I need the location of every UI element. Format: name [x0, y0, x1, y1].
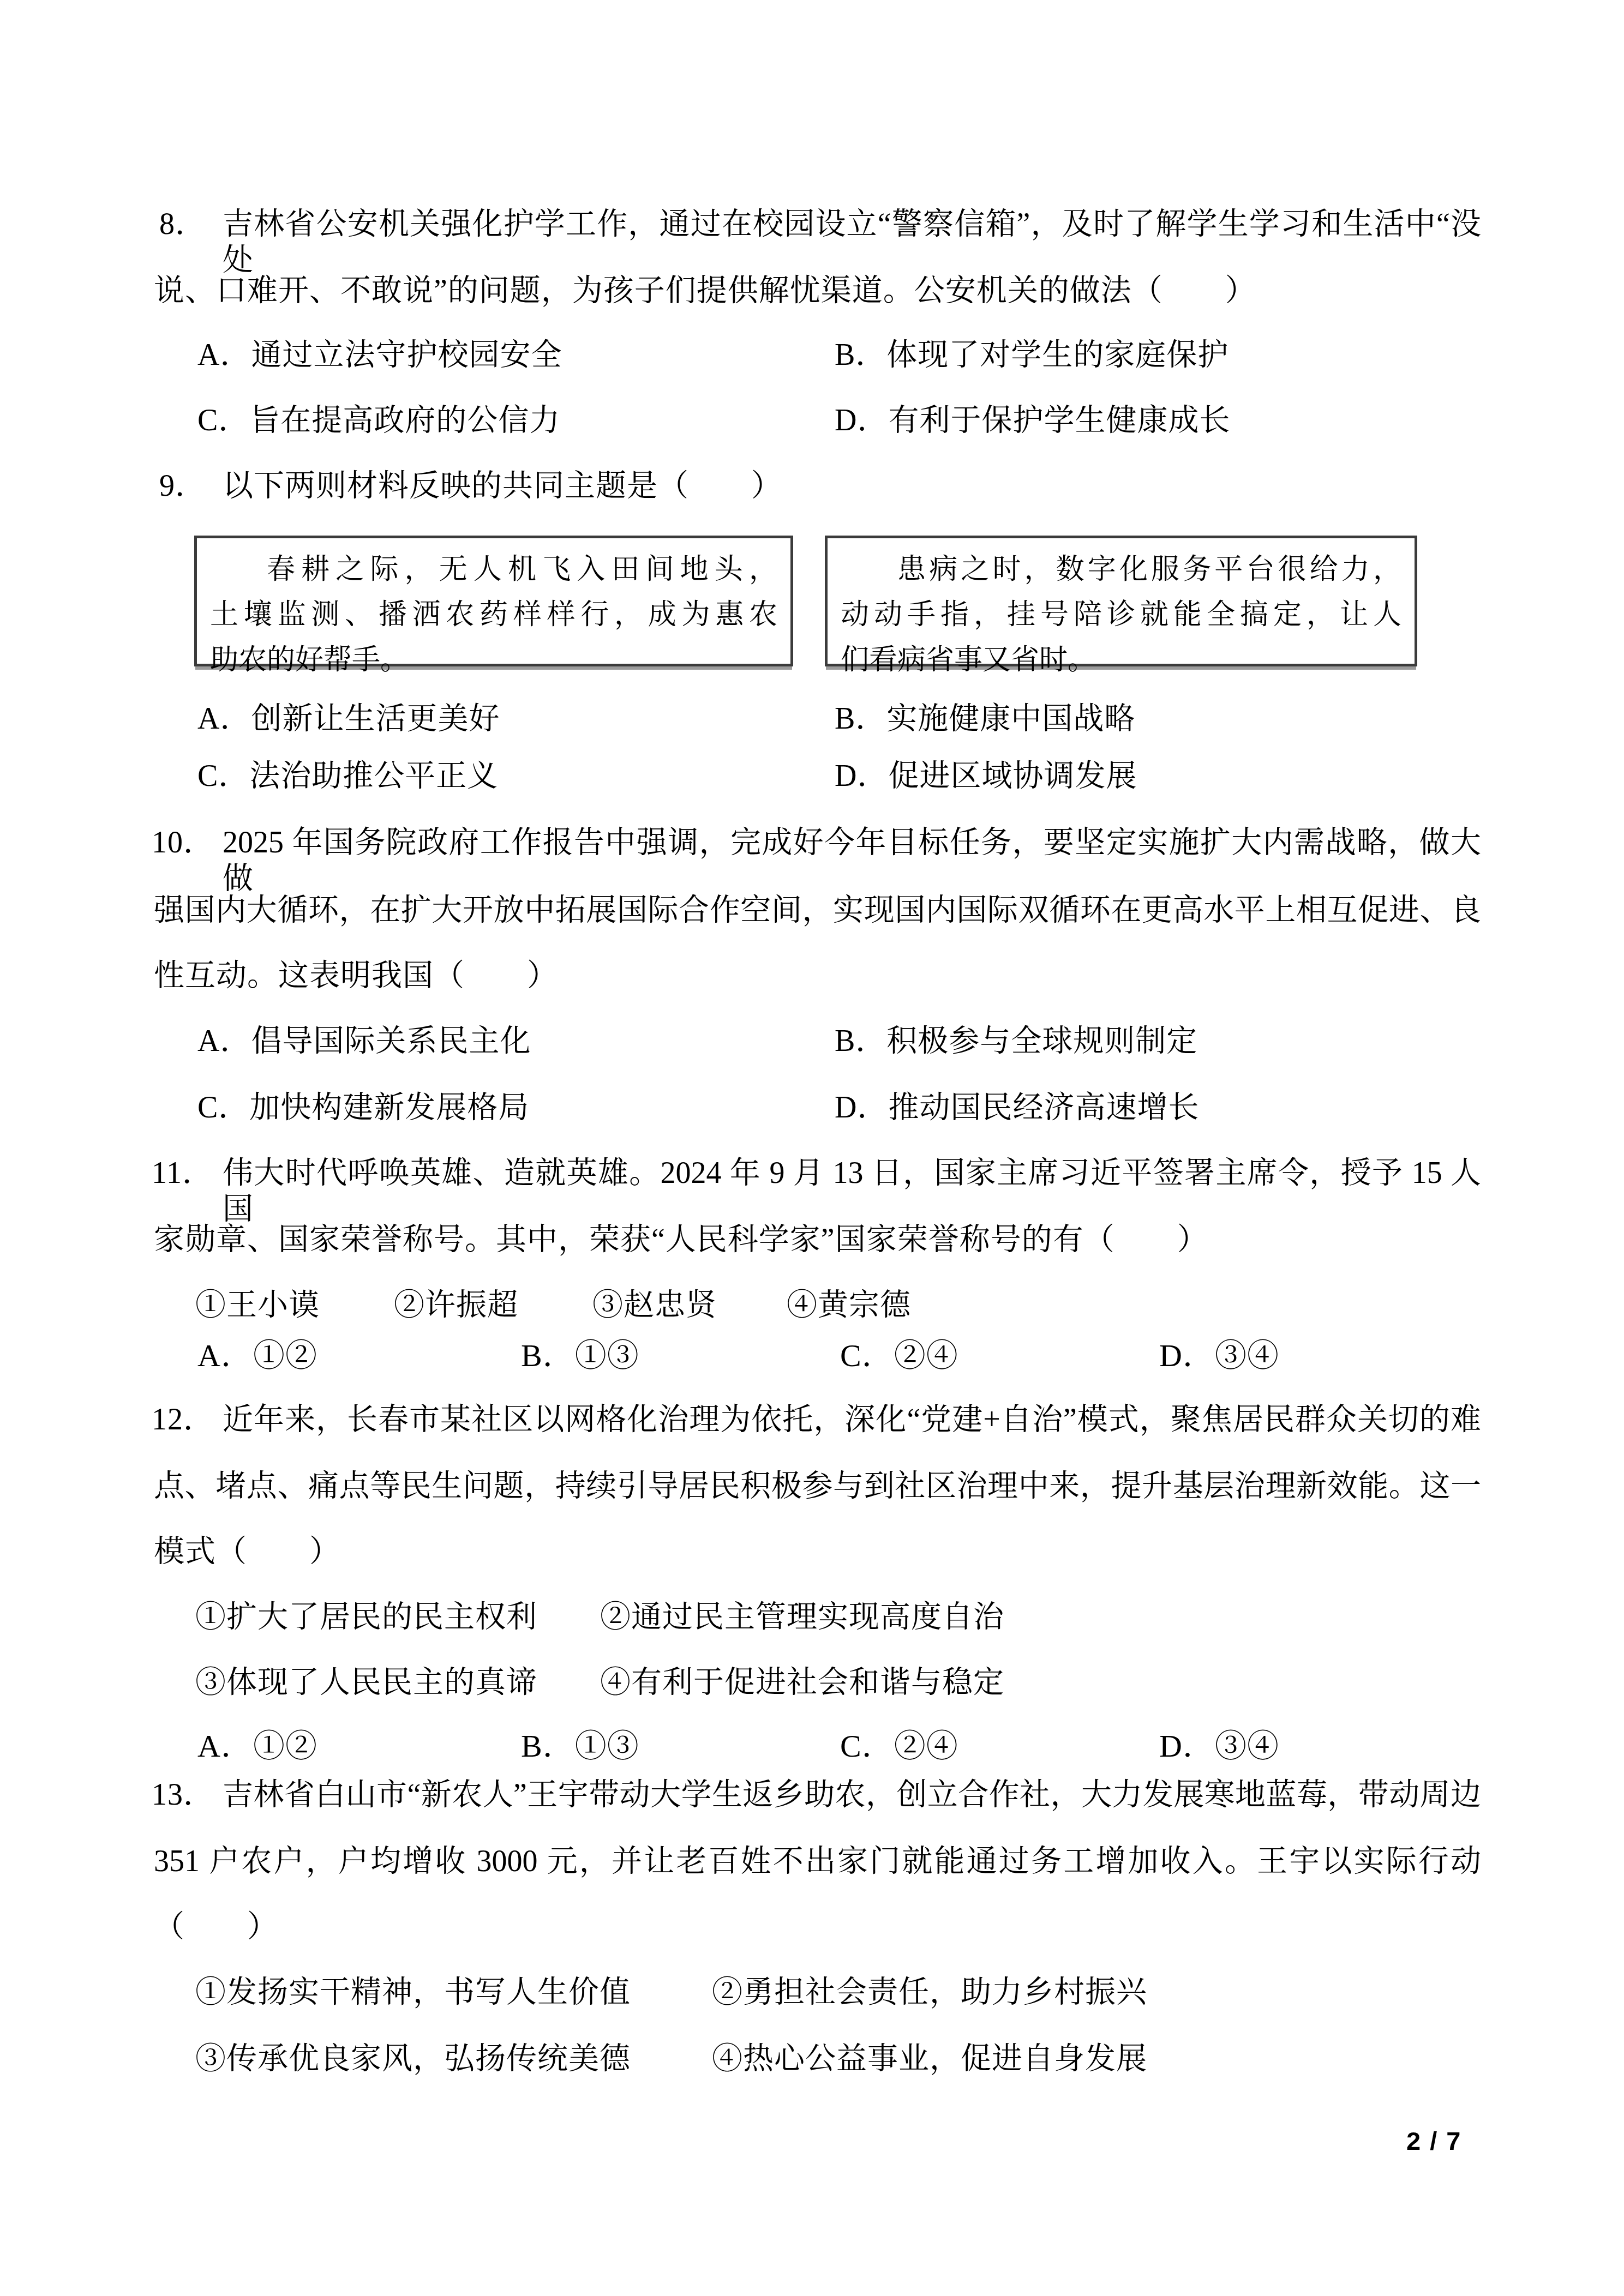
q12-number: 12．: [152, 1402, 214, 1438]
q10-option-d: D．推动国民经济高速增长: [835, 1090, 1199, 1126]
q10-number: 10．: [152, 825, 214, 861]
q13-line-3: （ ）: [154, 1909, 278, 1945]
q8-option-a: A．通过立法守护校园安全: [197, 337, 562, 373]
q11-name-3: ③赵忠贤: [592, 1287, 717, 1323]
q8-option-d: D．有利于保护学生健康成长: [835, 402, 1230, 438]
q13-sub-2: ②勇担社会责任，助力乡村振兴: [712, 1974, 1147, 2010]
q13-sub-4: ④热心公益事业，促进自身发展: [712, 2041, 1147, 2077]
q12-sub-4: ④有利于促进社会和谐与稳定: [600, 1664, 1004, 1700]
q13-number: 13．: [152, 1777, 214, 1813]
q12-sub-2: ②通过民主管理实现高度自治: [600, 1599, 1004, 1635]
material-box-2-line-2: 动动手指，挂号陪诊就能全搞定，让人: [841, 592, 1401, 638]
q8-number: 8．: [159, 206, 206, 242]
q12-option-b: B．①③: [521, 1728, 639, 1765]
page-number: 2 / 7: [1406, 2126, 1461, 2156]
q13-line-1: 吉林省白山市“新农人”王宇带动大学生返乡助农，创立合作社，大力发展寒地蓝莓，带动…: [223, 1777, 1481, 1813]
q9-option-b: B．实施健康中国战略: [835, 701, 1135, 737]
q13-line-2: 351 户农户，户均增收 3000 元，并让老百姓不出家门就能通过务工增加收入。…: [154, 1843, 1481, 1879]
material-box-1-line-2: 土壤监测、播洒农药样样行，成为惠农: [210, 592, 777, 638]
q10-option-c: C．加快构建新发展格局: [197, 1090, 529, 1126]
q10-line-3: 性互动。这表明我国（ ）: [154, 958, 558, 994]
exam-paper-page: 8． 吉林省公安机关强化护学工作，通过在校园设立“警察信箱”，及时了解学生学习和…: [0, 0, 1624, 2296]
q8-line-1: 吉林省公安机关强化护学工作，通过在校园设立“警察信箱”，及时了解学生学习和生活中…: [223, 206, 1481, 278]
material-box-1-line-1: 春耕之际，无人机飞入田间地头，: [210, 547, 777, 592]
q9-option-a: A．创新让生活更美好: [197, 701, 500, 737]
q12-line-2: 点、堵点、痛点等民生问题，持续引导居民积极参与到社区治理中来，提升基层治理新效能…: [154, 1468, 1481, 1504]
q10-option-a: A．倡导国际关系民主化: [197, 1023, 531, 1059]
q8-line-2: 说、口难开、不敢说”的问题，为孩子们提供解忧渠道。公安机关的做法（ ）: [154, 273, 1481, 309]
q9-option-c: C．法治助推公平正义: [197, 758, 498, 794]
q13-sub-1: ①发扬实干精神，书写人生价值: [195, 1974, 631, 2010]
q11-line-2: 家勋章、国家荣誉称号。其中，荣获“人民科学家”国家荣誉称号的有（ ）: [154, 1222, 1208, 1258]
q12-option-a: A．①②: [197, 1728, 317, 1765]
material-box-2-line-1: 患病之时，数字化服务平台很给力，: [841, 547, 1401, 592]
q11-line-1: 伟大时代呼唤英雄、造就英雄。2024 年 9 月 13 日，国家主席习近平签署主…: [223, 1155, 1481, 1227]
q12-line-1: 近年来，长春市某社区以网格化治理为依托，深化“党建+自治”模式，聚焦居民群众关切…: [223, 1402, 1481, 1438]
q12-sub-1: ①扩大了居民的民主权利: [195, 1599, 537, 1635]
q11-name-1: ①王小谟: [195, 1287, 320, 1323]
q8-option-c: C．旨在提高政府的公信力: [197, 402, 560, 438]
q9-material-box-1: 春耕之际，无人机飞入田间地头， 土壤监测、播洒农药样样行，成为惠农 助农的好帮手…: [194, 536, 793, 666]
q11-name-2: ②许振超: [394, 1287, 518, 1323]
q9-material-box-2: 患病之时，数字化服务平台很给力， 动动手指，挂号陪诊就能全搞定，让人 们看病省事…: [825, 536, 1417, 666]
q12-option-c: C．②④: [840, 1728, 958, 1765]
q10-option-b: B．积极参与全球规则制定: [835, 1023, 1197, 1059]
q12-sub-3: ③体现了人民民主的真谛: [195, 1664, 537, 1700]
material-box-1-line-3: 助农的好帮手。: [210, 638, 777, 683]
q11-option-c: C．②④: [840, 1337, 958, 1374]
q11-option-d: D．③④: [1159, 1337, 1279, 1374]
q11-option-b: B．①③: [521, 1337, 639, 1374]
q12-option-d: D．③④: [1159, 1728, 1279, 1765]
q9-line-1: 以下两则材料反映的共同主题是（ ）: [223, 468, 782, 504]
q13-sub-3: ③传承优良家风，弘扬传统美德: [195, 2041, 631, 2077]
q10-line-1: 2025 年国务院政府工作报告中强调，完成好今年目标任务，要坚定实施扩大内需战略…: [223, 825, 1481, 897]
q10-line-2: 强国内大循环，在扩大开放中拓展国际合作空间，实现国内国际双循环在更高水平上相互促…: [154, 892, 1481, 928]
q12-line-3: 模式（ ）: [154, 1534, 340, 1570]
q8-option-b: B．体现了对学生的家庭保护: [835, 337, 1229, 373]
material-box-2-line-3: 们看病省事又省时。: [841, 638, 1401, 683]
q11-number: 11．: [152, 1155, 213, 1191]
q11-option-a: A．①②: [197, 1337, 317, 1374]
q11-name-4: ④黄宗德: [787, 1287, 911, 1323]
q9-number: 9．: [159, 468, 206, 504]
q9-option-d: D．促进区域协调发展: [835, 758, 1137, 794]
